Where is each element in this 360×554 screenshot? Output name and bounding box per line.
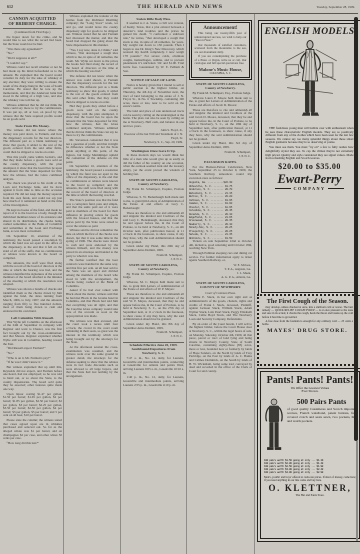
advertiser-name: MAYES' DRUG STORE. bbox=[259, 328, 356, 334]
legal-body: By Frank M. Schumpert, Esquire, Probate … bbox=[123, 188, 184, 253]
pants-sale-ad: Pants! Pants! Pants! We Offer the Greate… bbox=[257, 368, 360, 542]
price-list: 100 pairs worth $1.50 going at only ... … bbox=[261, 459, 359, 475]
paragraph: Given under my Hand, this 20th day of Se… bbox=[123, 245, 184, 252]
signature-line: Newberry, S. C., Sep. 20, 1909. bbox=[123, 141, 183, 145]
legal-body: Willie E. Stuck, in her own right and as… bbox=[189, 296, 252, 373]
paragraph: The land and place of sale understood tr… bbox=[123, 110, 184, 128]
paragraph: “How long did this last?” bbox=[3, 442, 62, 446]
paragraph: 1:40 p. m., No. 12, daily, for Laurens, … bbox=[123, 376, 184, 387]
column-2: Witness explained the transfer of the bo… bbox=[66, 15, 118, 552]
column-rule-4 bbox=[254, 14, 255, 554]
paragraph: Witness said he did not remember the dat… bbox=[66, 229, 118, 258]
paragraph: For the Hudson-Fulton Celebration, New Y… bbox=[189, 166, 252, 181]
paragraph: Whereas, S. W. Bedenbaugh hath made suit… bbox=[123, 196, 184, 211]
ad-body: THE fastidious young man will bubble ove… bbox=[262, 127, 357, 161]
announcement-ad: Announcement! This being our twenty-fift… bbox=[189, 20, 252, 80]
suited-man-illustration bbox=[262, 38, 357, 127]
advertiser-name: O. KLETTNER, bbox=[261, 483, 359, 493]
ad-copy: 500 Pairs Pants of good quality Cassimer… bbox=[287, 396, 359, 459]
article-body: Witness explained the transfer of the bo… bbox=[66, 15, 118, 379]
schedule-body: 7:47 a. m., No. 14, daily, for Laurens, … bbox=[123, 357, 184, 387]
ad-title: The First Cough of the Season. bbox=[261, 298, 354, 305]
legal-headline: STATE OF SOUTH CAROLINA, County of Newbe… bbox=[189, 83, 252, 91]
paragraph: These are therefore to cite and admonish… bbox=[123, 212, 184, 245]
overalls-man-icon bbox=[262, 396, 286, 454]
price-line: 100 pairs worth $4.00 going at only ... … bbox=[264, 471, 356, 474]
ad-subtitle: Ever Shown. bbox=[261, 390, 359, 394]
paragraph: Witness could not recall whether or not … bbox=[3, 66, 62, 102]
english-models-ad: ENGLISH MODELS bbox=[258, 20, 360, 296]
advertiser-name: Ewart-Perry bbox=[262, 173, 357, 186]
ad-body: may develop, unless checked at once, int… bbox=[259, 306, 356, 326]
overalls-man-illustration bbox=[261, 396, 287, 459]
masthead: THE HERALD AND NEWS bbox=[0, 4, 360, 10]
legal-headline: STATE OF SOUTH CAROLINA, County of Newbe… bbox=[123, 264, 184, 272]
price-range: $20.00 to $35.00 bbox=[262, 162, 357, 171]
continued-note: (Continued from First Page.) bbox=[3, 30, 62, 34]
signature-block: W. E. McGee,T. P. A., Augusta, Ga.J. L. … bbox=[189, 264, 252, 280]
cough-remedy-ad: The First Cough of the Season. may devel… bbox=[257, 294, 358, 366]
paragraph: On September 16, attention of the testim… bbox=[66, 165, 118, 198]
schedule-headline: Schedule Effective June 20, 1909. Southb… bbox=[123, 342, 184, 356]
rule-right bbox=[328, 188, 344, 189]
notice-body: Notice is hereby given that I intend to … bbox=[123, 84, 184, 129]
column-1: CANNON ACQUITTED OF BRIBERY CHARGE. (Con… bbox=[3, 15, 62, 552]
fabric-description: of good quality Cassimeres and Scotch im… bbox=[287, 407, 356, 423]
paragraph: These are therefore to cite and admonish… bbox=[123, 293, 184, 322]
paragraph: By Frank M. Schumpert, Esquire, Probate … bbox=[123, 188, 184, 195]
column-rule-2 bbox=[120, 14, 121, 554]
paragraph: The defense did not know when the answer… bbox=[66, 75, 118, 104]
scan-edge-artifact bbox=[356, 441, 358, 541]
signature-block: John S. Floyd, Jr.,Executor of the last … bbox=[123, 129, 184, 144]
paragraph: The check was placed to his credit at th… bbox=[3, 182, 62, 207]
article-body: the liquor down for the crime, and he wo… bbox=[3, 36, 62, 122]
ad-body: This being our twenty-fifth year of unin… bbox=[195, 32, 247, 66]
paragraph: Witness explained the transfer of the bo… bbox=[66, 15, 118, 48]
closing-copy: Men's, youths' and boys' offered at cash… bbox=[264, 476, 356, 482]
paragraph: He further testified that the beer contr… bbox=[66, 259, 118, 288]
paragraph: He kept no books of the fund, and made n… bbox=[3, 209, 62, 234]
article-headline: CANNON ACQUITTED OF BRIBERY CHARGE. bbox=[3, 16, 62, 29]
dateline: Tuesday, September 28, 1909. bbox=[317, 5, 355, 9]
paragraph: That Wylie left Columbia on the afternoo… bbox=[3, 321, 62, 346]
paragraph: By an order of the Court herein, I will … bbox=[189, 323, 252, 374]
paragraph: If you are contemplating the purchase of… bbox=[195, 55, 247, 66]
paragraph: Had they goods they added before a goods… bbox=[66, 105, 118, 138]
column-rule-1 bbox=[63, 14, 64, 554]
signature-block: Frank M. Schumpert,J. P. N. C. bbox=[123, 331, 184, 339]
company-word: COMPANY bbox=[293, 186, 325, 191]
paragraph: But witness explained that up until this… bbox=[3, 366, 62, 391]
signature-line: A. G. P. A., Atlanta, Ga. bbox=[189, 276, 251, 280]
paragraph: That this profit came within Jordan’s, a… bbox=[3, 156, 62, 181]
paragraph: In these modern days we would think but … bbox=[123, 154, 184, 176]
paragraph: Whereas, M. C. Mayes hath made suit to m… bbox=[123, 281, 184, 292]
article-body: The witness did not know where the money… bbox=[3, 129, 62, 313]
paragraph: The witness was then excused, and the co… bbox=[66, 320, 118, 345]
paragraph: Witness was shown a bundle of checks and… bbox=[3, 288, 62, 313]
ad-title: ENGLISH MODELS bbox=[262, 27, 357, 37]
paragraph: Please state the column; the witness sta… bbox=[3, 419, 62, 441]
ad-title: Pants! Pants! Pants! bbox=[261, 375, 359, 386]
paragraph: the liquor down for the crime, and he wo… bbox=[3, 36, 62, 47]
advertiser-city: COLUMBIA, S. C. bbox=[195, 72, 247, 75]
paragraph: Willie E. Stuck, in her own right and as… bbox=[189, 296, 252, 321]
article-body: That Wylie left Columbia on the afternoo… bbox=[3, 321, 62, 446]
legal-headline: STATE OF SOUTH CAROLINA, County of Newbe… bbox=[123, 179, 184, 187]
ad-offer-headline: 500 Pairs Pants bbox=[287, 397, 356, 406]
paragraph: “Yes, I say now, done it, I think,” said… bbox=[66, 49, 118, 74]
ad-title: Announcement! bbox=[195, 26, 247, 31]
signature-line: J. P. N. C. bbox=[123, 258, 183, 262]
rule-left bbox=[275, 188, 291, 189]
paragraph: This being our twenty-fifth year of unin… bbox=[195, 32, 247, 43]
paragraph: You must see them. You must “try on” a f… bbox=[266, 146, 354, 160]
excursion-close: Tickets on sale September 22nd to Octobe… bbox=[189, 240, 252, 263]
article-body: It seemed to J. A. Stone, a civil war ve… bbox=[123, 22, 184, 73]
advertiser-company: COMPANY bbox=[262, 186, 357, 191]
paragraph: Asked if he had ever talked with Black a… bbox=[66, 289, 118, 318]
paragraph: Our thousands of satisfied customers, sc… bbox=[195, 44, 247, 55]
paragraph: These are therefore to cite and admonish… bbox=[189, 109, 252, 142]
paragraph: Through Pullman sleeping cars and dining… bbox=[189, 252, 252, 263]
paragraph: The witness did not know where the money… bbox=[3, 129, 62, 154]
signature-line: J. P. N. C. bbox=[189, 155, 251, 159]
signature-line: J. P. N. C. bbox=[123, 335, 183, 339]
newspaper-page: 612 THE HERALD AND NEWS Tuesday, Septemb… bbox=[0, 0, 360, 554]
column-rule-3 bbox=[186, 14, 187, 554]
paragraph: THE fastidious young man will bubble ove… bbox=[266, 127, 354, 145]
excursion-intro: For the Hudson-Fulton Celebration, New Y… bbox=[189, 166, 252, 181]
column-4: Announcement! This being our twenty-fift… bbox=[189, 15, 252, 552]
paragraph: At the afternoon session the cross-exami… bbox=[66, 346, 118, 379]
legal-body: By Frank M. Schumpert, Esq., Probate Jud… bbox=[189, 92, 252, 150]
paragraph: Mr. Stevenson contended that it was not … bbox=[66, 139, 118, 164]
column-3: Stolen Rifle Body Plea. It seemed to J. … bbox=[123, 15, 184, 552]
paragraph: It seemed to J. A. Stone, a civil war ve… bbox=[123, 22, 184, 73]
paragraph: A free dose from the fountain is enough … bbox=[262, 320, 353, 326]
paragraph: On September 16, attention of the testim… bbox=[3, 235, 62, 260]
scan-edge-artifact bbox=[354, 17, 358, 441]
signature-block: Frank M. Schumpert,J. P. N. C. bbox=[189, 151, 252, 159]
ad-row: 500 Pairs Pants of good quality Cassimer… bbox=[261, 396, 359, 459]
paragraph: Tickets on sale September 22nd to Octobe… bbox=[189, 240, 252, 251]
paragraph: The State’s position was that the fund w… bbox=[66, 199, 118, 228]
paragraph: By Frank M. Schumpert, Esquire, Probate … bbox=[123, 273, 184, 280]
paragraph: Notice is hereby given that I intend to … bbox=[123, 84, 184, 109]
article-body: In these modern days we would think but … bbox=[123, 154, 184, 176]
paragraph: Whereas Laura P. Moore hath made suit to… bbox=[189, 97, 252, 108]
advertiser-tagline: The Hat and Pants Store. bbox=[261, 493, 359, 497]
suited-man-icon bbox=[281, 38, 339, 122]
signature-block: Frank M. Schumpert,J. P. N. C. bbox=[123, 254, 184, 262]
rate-table: Augusta, Ga. ...........$22.30Abbeville,… bbox=[189, 181, 252, 240]
paragraph: Upon liquor costing $1.47 per gallon, $1… bbox=[3, 393, 62, 418]
legal-body: By Frank M. Schumpert, Esquire, Probate … bbox=[123, 273, 184, 331]
legal-notice: NOTICE OF SALE OF LAND. Notice is hereby… bbox=[123, 75, 184, 147]
legal-headline: STATE OF SOUTH CAROLINA, COUNTY OF NEWBE… bbox=[189, 282, 252, 290]
paragraph: 7:47 a. m., No. 14, daily, for Laurens, … bbox=[123, 357, 184, 375]
header-rule bbox=[2, 13, 358, 14]
paragraph: The amounts, the staff were filed along … bbox=[3, 262, 62, 287]
paragraph: may develop, unless checked at once, int… bbox=[262, 306, 353, 319]
paragraph: Given under my Hand, this 8th day of Sep… bbox=[123, 323, 184, 330]
paragraph: Witness admitted that he did not think t… bbox=[3, 104, 62, 122]
paragraph: Given under my Hand, this 3rd day of Sep… bbox=[189, 142, 252, 149]
